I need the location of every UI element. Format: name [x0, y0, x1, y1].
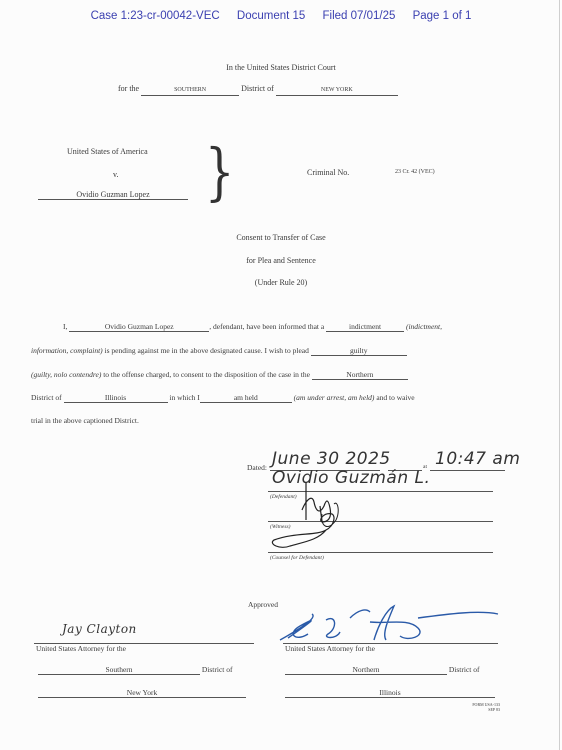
form-number: FORM USA-133 SEP 83 — [470, 702, 500, 712]
right-district: Northern — [285, 665, 447, 675]
left-district: Southern — [38, 665, 200, 675]
left-state-line: New York — [38, 688, 246, 698]
ecf-header: Case 1:23-cr-00042-VEC Document 15 Filed… — [0, 10, 562, 22]
right-state: Illinois — [285, 688, 495, 698]
defendant-signature — [262, 470, 362, 570]
right-attorney-title: United States Attorney for the — [285, 644, 375, 653]
custody-status-field: am held — [200, 393, 292, 403]
caption-brace: } — [205, 135, 235, 208]
handwritten-date: June 30 2025 — [272, 449, 391, 469]
caption-defendant: Ovidio Guzman Lopez — [38, 190, 188, 200]
case-number: Case 1:23-cr-00042-VEC — [91, 10, 220, 22]
form-title-line1: Consent to Transfer of Case — [0, 233, 562, 242]
plaintiff: United States of America — [67, 147, 148, 156]
left-district-line: Southern District of — [38, 665, 233, 675]
document-number: Document 15 — [237, 10, 305, 22]
approved-label: Approved — [248, 600, 278, 609]
body-line-3: (guilty, nolo contendre) to the offense … — [31, 370, 408, 380]
versus: v. — [113, 170, 118, 179]
district-of-label: District of — [241, 84, 274, 93]
criminal-no: 23 Cr. 42 (VEC) — [395, 169, 435, 175]
for-the-label: for the — [118, 84, 139, 93]
form-title-line3: (Under Rule 20) — [0, 278, 562, 287]
criminal-no-label: Criminal No. — [307, 168, 349, 177]
form-title-line2: for Plea and Sentence — [0, 256, 562, 265]
filed-date: Filed 07/01/25 — [323, 10, 396, 22]
left-state: New York — [38, 688, 246, 698]
court-title: In the United States District Court — [0, 63, 562, 72]
document-page: Case 1:23-cr-00042-VEC Document 15 Filed… — [0, 0, 560, 750]
defendant-name-field: Ovidio Guzman Lopez — [69, 322, 209, 332]
court-state: NEW YORK — [276, 86, 398, 96]
body-line-1: I, Ovidio Guzman Lopez, defendant, have … — [63, 322, 442, 332]
time-line — [430, 470, 505, 471]
body-line-2: information, complaint) is pending again… — [31, 346, 407, 356]
transfer-district-field: Northern — [312, 370, 408, 380]
left-attorney-signature: Jay Clayton — [62, 622, 137, 636]
plea-field: guilty — [311, 346, 407, 356]
charge-type-field: indictment — [326, 322, 404, 332]
handwritten-time: 10:47 am — [435, 449, 520, 469]
court-district-line: for the SOUTHERN District of NEW YORK — [118, 84, 398, 96]
body-line-5: trial in the above captioned District. — [31, 416, 139, 425]
left-attorney-title: United States Attorney for the — [36, 644, 126, 653]
district-name: SOUTHERN — [141, 86, 239, 96]
right-district-line: Northern District of — [285, 665, 480, 675]
page-count: Page 1 of 1 — [413, 10, 472, 22]
body-line-4: District of Illinois in which Iam held (… — [31, 393, 415, 403]
transfer-state-field: Illinois — [64, 393, 168, 403]
right-state-line: Illinois — [285, 688, 495, 698]
